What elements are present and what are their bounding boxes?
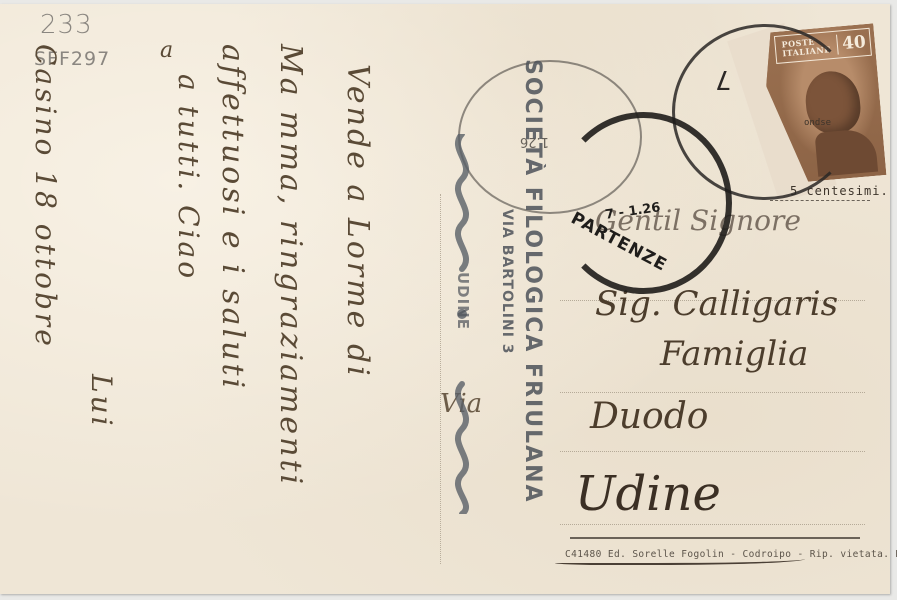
cachet-society-name: SOCIETÀ FILOLOGICA FRIULANA: [520, 59, 545, 504]
cachet-address: VIA BARTOLINI 3: [499, 209, 515, 355]
stamp-overprint: 5 centesimi.: [790, 184, 889, 198]
stamp-rule: [770, 200, 870, 201]
archive-number: 233: [40, 10, 93, 40]
message-signature: Lui: [85, 374, 118, 429]
stamp-country: POSTE ITALIANE: [775, 36, 838, 59]
message-line-4: a tutti. Ciao: [172, 74, 205, 281]
address-baseline: [570, 537, 860, 539]
postmark-circle-1: [458, 60, 642, 214]
message-line-3: affettuosi e i saluti: [215, 44, 250, 391]
stamp-collar: [814, 128, 878, 177]
message-line-2: Ma mma, ringraziamenti: [273, 44, 308, 487]
message-initial-mark: a: [160, 38, 173, 63]
center-divider: [440, 194, 441, 564]
address-line-5: Udine: [575, 466, 721, 522]
postmark-3-digit: 7: [715, 64, 732, 94]
message-line-1: Vende a Lorme di: [340, 64, 375, 379]
address-rule: [560, 524, 865, 525]
address-line-4: Duodo: [590, 396, 708, 437]
postcard-back: 233 SFF297 a Vende a Lorme di Ma mma, ri…: [0, 4, 890, 594]
address-rule: [560, 392, 865, 393]
stamp-value: 40: [836, 32, 870, 55]
address-line-3: Famiglia: [660, 334, 808, 374]
message-place-date: Casino 18 ottobre: [29, 44, 62, 349]
address-rule: [560, 451, 865, 452]
stamp-header: POSTE ITALIANE 40: [774, 28, 872, 64]
address-line-2: Sig. Calligaris: [595, 284, 838, 324]
cachet-city: UDINE: [454, 272, 472, 330]
stamp-fragment-text: ondse: [804, 118, 831, 128]
imprint-strikethrough: [555, 555, 805, 565]
